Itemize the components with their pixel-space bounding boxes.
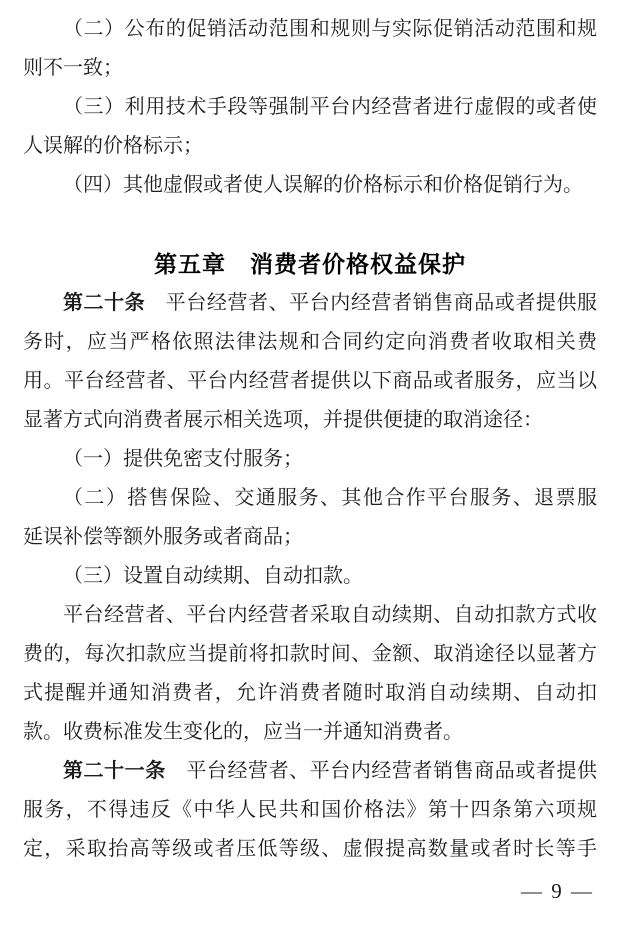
text-line: 式提醒并通知消费者，允许消费者随时取消自动续期、自动扣 xyxy=(23,674,597,713)
paragraph: 第二十条 平台经营者、平台内经营者销售商品或者提供服务时，应当严格依照法律法规和… xyxy=(23,284,597,440)
text-line: （四）其他虚假或者使人误解的价格标示和价格促销行为。 xyxy=(23,166,597,205)
chapter-heading: 第五章 消费者价格权益保护 xyxy=(23,245,597,284)
article-number: 第二十条 xyxy=(63,292,145,314)
text-line: 服务，不得违反《中华人民共和国价格法》第十四条第六项规 xyxy=(23,791,597,830)
text-line: 延误补偿等额外服务或者商品； xyxy=(23,518,597,557)
document-body: （二）公布的促销活动范围和规则与实际促销活动范围和规则不一致；（三）利用技术手段… xyxy=(23,0,597,869)
text-line: 定，采取抬高等级或者压低等级、虚假提高数量或者时长等手 xyxy=(23,830,597,869)
text-line: （二）公布的促销活动范围和规则与实际促销活动范围和规 xyxy=(23,10,597,49)
text-line: 用。平台经营者、平台内经营者提供以下商品或者服务，应当以 xyxy=(23,362,597,401)
paragraph: （四）其他虚假或者使人误解的价格标示和价格促销行为。 xyxy=(23,166,597,205)
text-line: 第二十一条 平台经营者、平台内经营者销售商品或者提供 xyxy=(23,752,597,791)
paragraph: （二）公布的促销活动范围和规则与实际促销活动范围和规则不一致； xyxy=(23,10,597,88)
text-line: （一）提供免密支付服务； xyxy=(23,440,597,479)
paragraph: （三）利用技术手段等强制平台内经营者进行虚假的或者使人误解的价格标示； xyxy=(23,88,597,166)
page-number: — 9 — xyxy=(521,878,594,904)
text-line: （三）利用技术手段等强制平台内经营者进行虚假的或者使 xyxy=(23,88,597,127)
paragraph: （三）设置自动续期、自动扣款。 xyxy=(23,557,597,596)
article-number: 第二十一条 xyxy=(63,760,166,782)
text-line: 务时，应当严格依照法律法规和合同约定向消费者收取相关费 xyxy=(23,323,597,362)
text-line: 平台经营者、平台内经营者采取自动续期、自动扣款方式收 xyxy=(23,596,597,635)
text-line: 人误解的价格标示； xyxy=(23,127,597,166)
text-line: （二）搭售保险、交通服务、其他合作平台服务、退票服务、 xyxy=(23,479,597,518)
text-line: 第二十条 平台经营者、平台内经营者销售商品或者提供服 xyxy=(23,284,597,323)
text-line: 款。收费标准发生变化的，应当一并通知消费者。 xyxy=(23,713,597,752)
text-line: 则不一致； xyxy=(23,49,597,88)
paragraph: （一）提供免密支付服务； xyxy=(23,440,597,479)
text-line: 显著方式向消费者展示相关选项，并提供便捷的取消途径： xyxy=(23,401,597,440)
paragraph: （二）搭售保险、交通服务、其他合作平台服务、退票服务、延误补偿等额外服务或者商品… xyxy=(23,479,597,557)
paragraph: 第二十一条 平台经营者、平台内经营者销售商品或者提供服务，不得违反《中华人民共和… xyxy=(23,752,597,869)
text-line: 费的，每次扣款应当提前将扣款时间、金额、取消途径以显著方 xyxy=(23,635,597,674)
text-line: （三）设置自动续期、自动扣款。 xyxy=(23,557,597,596)
paragraph: 平台经营者、平台内经营者采取自动续期、自动扣款方式收费的，每次扣款应当提前将扣款… xyxy=(23,596,597,752)
